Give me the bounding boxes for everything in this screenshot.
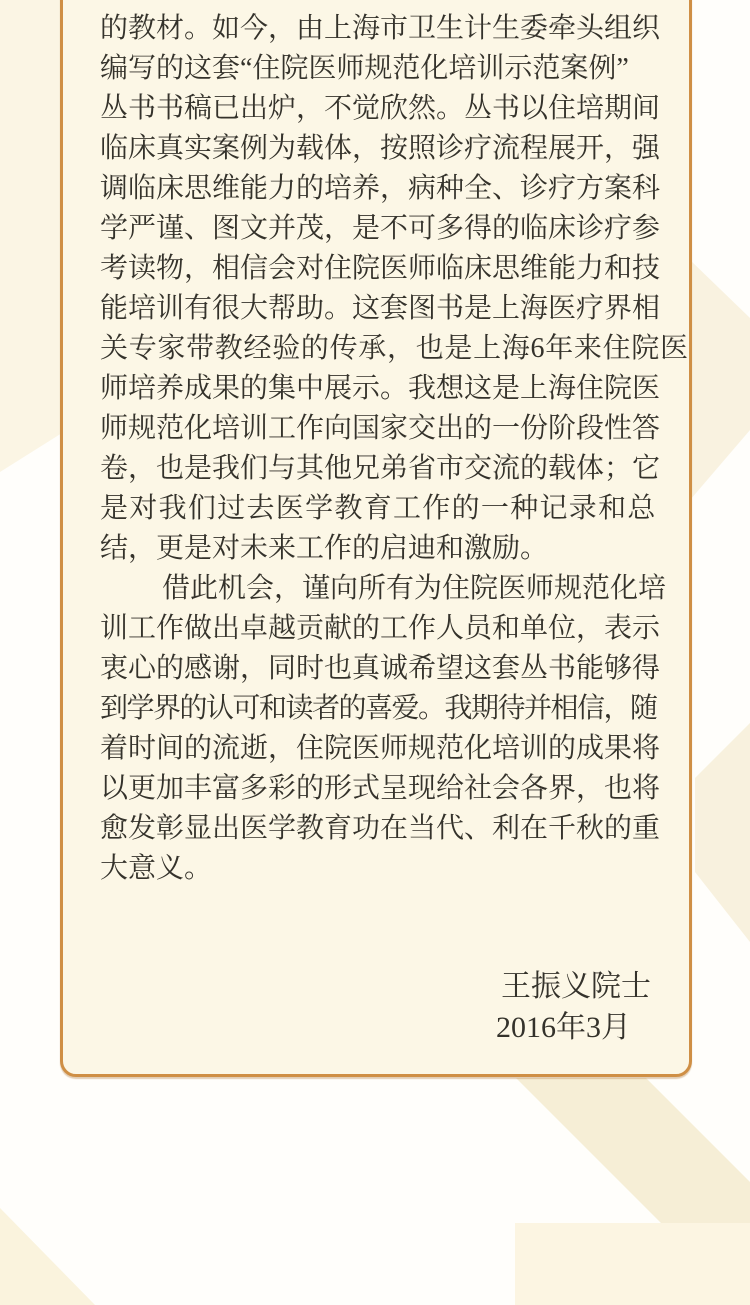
text-line: 师规范化培训工作向国家交出的一份阶段性答 (100, 409, 665, 449)
text-line: 临床真实案例为载体，按照诊疗流程展开，强 (100, 129, 665, 169)
watermark-shape (0, 0, 62, 472)
signature-block: 王振义院士 2016年3月 (100, 967, 665, 1049)
text-line: 编写的这套“住院医师规范化培训示范案例” (100, 49, 665, 89)
watermark-shape (0, 1208, 95, 1305)
text-line: 衷心的感谢，同时也真诚希望这套丛书能够得 (100, 649, 665, 689)
text-line: 训工作做出卓越贡献的工作人员和单位，表示 (100, 609, 665, 649)
preface-card: 的教材。如今，由上海市卫生计生委牵头组织编写的这套“住院医师规范化培训示范案例”… (60, 0, 692, 1077)
watermark-shape (515, 1223, 750, 1305)
signature-name: 王振义院士 (501, 967, 651, 1007)
text-line: 师培养成果的集中展示。我想这是上海住院医 (100, 369, 665, 409)
text-line: 愈发彰显出医学教育功在当代、利在千秋的重 (100, 809, 665, 849)
text-line: 学严谨、图文并茂，是不可多得的临床诊疗参 (100, 209, 665, 249)
text-line: 丛书书稿已出炉，不觉欣然。丛书以住培期间 (100, 89, 665, 129)
text-line: 大意义。 (100, 849, 665, 889)
watermark-shape (695, 723, 750, 942)
text-line: 到学界的认可和读者的喜爱。我期待并相信，随 (100, 689, 665, 729)
book-page: 的教材。如今，由上海市卫生计生委牵头组织编写的这套“住院医师规范化培训示范案例”… (0, 0, 750, 1305)
text-line: 调临床思维能力的培养，病种全、诊疗方案科 (100, 169, 665, 209)
watermark-shape (516, 1078, 750, 1223)
text-line: 借此机会，谨向所有为住院医师规范化培 (100, 569, 665, 609)
signature-date: 2016年3月 (496, 1007, 631, 1049)
body-text: 的教材。如今，由上海市卫生计生委牵头组织编写的这套“住院医师规范化培训示范案例”… (100, 9, 665, 889)
text-line: 关专家带教经验的传承，也是上海6年来住院医 (100, 329, 665, 369)
text-line: 结，更是对未来工作的启迪和激励。 (100, 529, 665, 569)
text-line: 着时间的流逝，住院医师规范化培训的成果将 (100, 729, 665, 769)
text-line: 的教材。如今，由上海市卫生计生委牵头组织 (100, 9, 665, 49)
text-line: 以更加丰富多彩的形式呈现给社会各界，也将 (100, 769, 665, 809)
text-line: 能培训有很大帮助。这套图书是上海医疗界相 (100, 289, 665, 329)
watermark-shape (690, 260, 750, 500)
text-line: 考读物，相信会对住院医师临床思维能力和技 (100, 249, 665, 289)
text-line: 卷，也是我们与其他兄弟省市交流的载体；它 (100, 449, 665, 489)
text-line: 是对我们过去医学教育工作的一种记录和总 (100, 489, 665, 529)
